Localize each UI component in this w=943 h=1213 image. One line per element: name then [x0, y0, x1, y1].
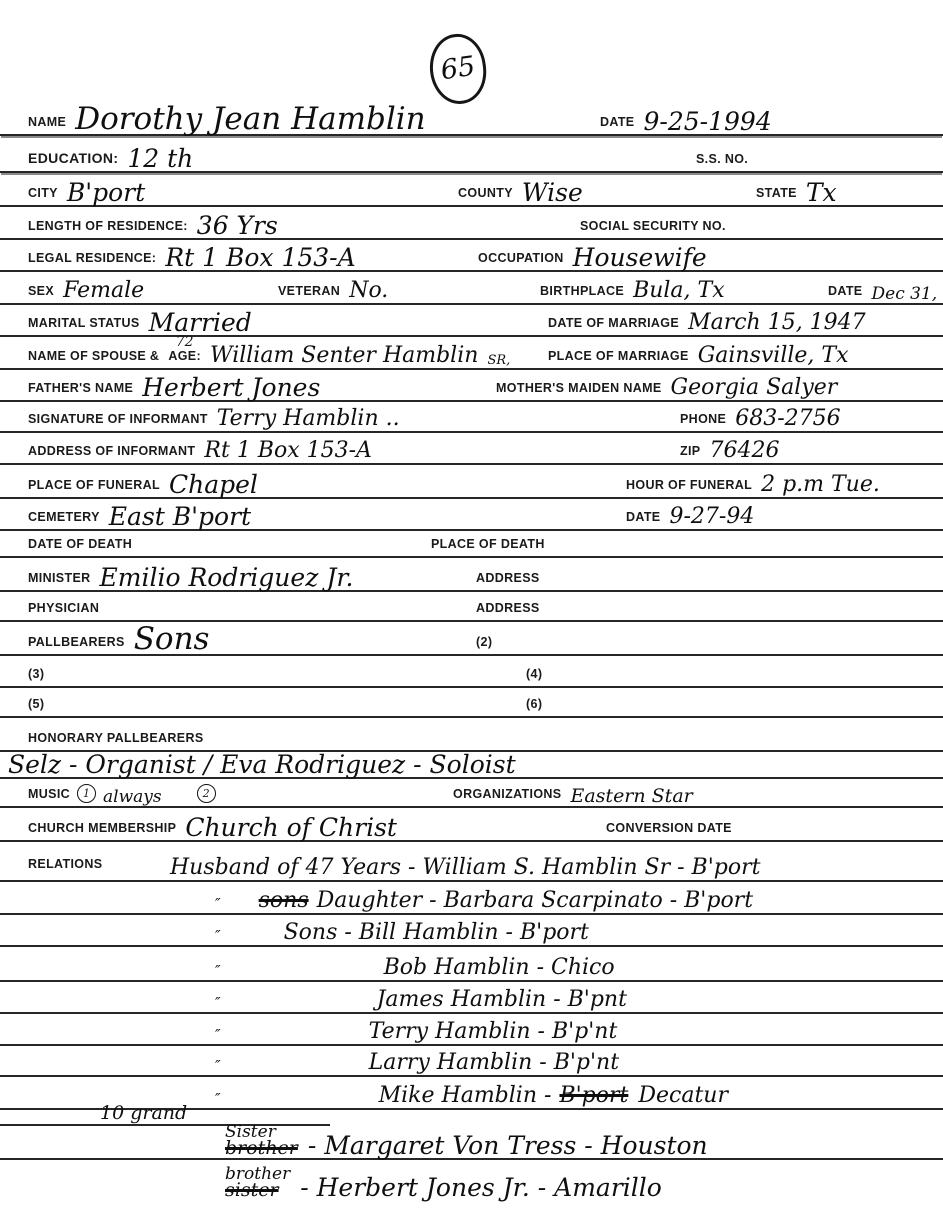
row-honorary-pallbearers: HONORARY PALLBEARERS [0, 718, 943, 752]
physician-label: PHYSICIAN [28, 602, 99, 619]
row-cemetery: CEMETERY East B'port DATE 9-27-94 [0, 499, 943, 531]
pallbearer-4-label: (4) [526, 668, 542, 685]
sibling-text: - Herbert Jones Jr. - Amarillo [300, 1177, 662, 1198]
pallbearers-value: Sons [134, 626, 210, 652]
name-field: NAME Dorothy Jean Hamblin [28, 106, 600, 132]
minister-value: Emilio Rodriguez Jr. [100, 567, 354, 588]
education-field: EDUCATION: 12 th [28, 148, 696, 169]
row-music-note: Selz - Organist / Eva Rodriguez - Solois… [0, 752, 943, 779]
occupation-value: Housewife [573, 247, 707, 268]
struck-word: sons [259, 892, 309, 911]
pallbearer-6-field: (6) [526, 698, 935, 715]
veteran-value: No. [349, 282, 388, 301]
phone-value: 683-2756 [735, 410, 840, 429]
address-of-informant-field: ADDRESS OF INFORMANT Rt 1 Box 153-A [28, 442, 680, 461]
zip-label: ZIP [680, 445, 701, 462]
zip-value: 76426 [710, 442, 780, 461]
pallbearer-4-field: (4) [526, 668, 935, 685]
row-sex-veteran-birth: SEX Female VETERAN No. BIRTHPLACE Bula, … [0, 272, 943, 305]
row-death: DATE OF DEATH PLACE OF DEATH [0, 531, 943, 558]
row-music: MUSIC 1 always 2 ORGANIZATIONS Eastern S… [0, 779, 943, 808]
ditto-mark: ″ [215, 1029, 221, 1042]
honorary-pallbearers-field: HONORARY PALLBEARERS [28, 732, 935, 749]
length-of-residence-value: 36 Yrs [197, 215, 278, 236]
pallbearer-6-label: (6) [526, 698, 542, 715]
pallbearer-3-field: (3) [28, 668, 526, 685]
pallbearer-3-label: (3) [28, 668, 44, 685]
address-of-informant-value: Rt 1 Box 153-A [204, 442, 372, 461]
ditto-mark: ″ [215, 930, 221, 943]
ditto-mark: ″ [215, 965, 221, 978]
legal-residence-label: LEGAL RESIDENCE: [28, 252, 156, 269]
legal-residence-value: Rt 1 Box 153-A [165, 247, 355, 268]
signature-of-informant-field: SIGNATURE OF INFORMANT Terry Hamblin .. [28, 410, 680, 429]
funeral-date-field: DATE 9-27-94 [626, 508, 935, 527]
place-of-marriage-label: PLACE OF MARRIAGE [548, 350, 689, 367]
pallbearer-5-field: (5) [28, 698, 526, 715]
place-of-death-label: PLACE OF DEATH [431, 538, 545, 555]
relation-text: Terry Hamblin - B'p'nt [369, 1023, 618, 1042]
cemetery-value: East B'port [109, 506, 251, 527]
music-item1-text: always [103, 790, 162, 804]
correction-struck: sister [225, 1182, 279, 1198]
relation-text: Daughter - Barbara Scarpinato - B'port [317, 892, 753, 911]
zip-field: ZIP 76426 [680, 442, 935, 461]
signature-of-informant-value: Terry Hamblin .. [217, 410, 400, 429]
sex-field: SEX Female [28, 282, 278, 301]
row-grand-note: 10 grand [0, 1110, 943, 1128]
length-of-residence-field: LENGTH OF RESIDENCE: 36 Yrs [28, 215, 580, 236]
relation-text: Larry Hamblin - B'p'nt [369, 1054, 619, 1073]
page-number-text: 65 [439, 55, 476, 82]
date-field: DATE 9-25-1994 [600, 111, 935, 132]
cemetery-field: CEMETERY East B'port [28, 506, 626, 527]
fathers-name-label: FATHER'S NAME [28, 382, 133, 399]
relations-line: ″ James Hamblin - B'pnt [0, 982, 943, 1014]
row-name-date: NAME Dorothy Jean Hamblin DATE 9-25-1994 [0, 100, 943, 136]
pallbearer-2-field: (2) [476, 636, 935, 653]
pallbearer-2-label: (2) [476, 636, 492, 653]
relation-text: Bob Hamblin - Chico [384, 959, 615, 978]
row-education: EDUCATION: 12 th S.S. NO. [0, 136, 943, 173]
occupation-label: OCCUPATION [478, 252, 564, 269]
sibling-correction: brother sister [225, 1167, 290, 1198]
state-label: STATE [756, 187, 797, 204]
county-label: COUNTY [458, 187, 513, 204]
row-pallbearers-5-6: (5) (6) [0, 688, 943, 718]
row-physician: PHYSICIAN ADDRESS [0, 592, 943, 622]
relation-text: James Hamblin - B'pnt [377, 991, 627, 1010]
signature-of-informant-label: SIGNATURE OF INFORMANT [28, 413, 208, 430]
hour-of-funeral-field: HOUR OF FUNERAL 2 p.m Tue. [626, 476, 935, 495]
phone-field: PHONE 683-2756 [680, 410, 935, 429]
scanned-funeral-record-form: 65 NAME Dorothy Jean Hamblin DATE 9-25-1… [0, 0, 943, 1213]
relations-line: ″ Larry Hamblin - B'p'nt [0, 1046, 943, 1077]
pallbearers-label: PALLBEARERS [28, 636, 125, 653]
ssn-field: S.S. NO. [696, 153, 935, 170]
music-item1-circle: 1 [77, 784, 96, 803]
date-label: DATE [600, 116, 635, 133]
row-pallbearers: PALLBEARERS Sons (2) [0, 622, 943, 656]
education-value: 12 th [127, 148, 193, 169]
correction-struck: brother [225, 1140, 298, 1156]
spouse-age-note: 72 [176, 336, 194, 349]
hour-of-funeral-label: HOUR OF FUNERAL [626, 479, 752, 496]
fathers-name-field: FATHER'S NAME Herbert Jones [28, 377, 496, 398]
birthplace-label: BIRTHPLACE [540, 285, 624, 302]
spouse-value: William Senter Hamblin [210, 347, 478, 366]
place-of-death-field: PLACE OF DEATH [431, 538, 935, 555]
ditto-mark: ″ [215, 997, 221, 1010]
place-of-marriage-value: Gainsville, Tx [698, 347, 849, 366]
music-note-line: Selz - Organist / Eva Rodriguez - Solois… [8, 754, 516, 775]
row-minister: MINISTER Emilio Rodriguez Jr. ADDRESS [0, 558, 943, 592]
date-of-marriage-field: DATE OF MARRIAGE March 15, 1947 [548, 314, 935, 333]
date-of-death-label: DATE OF DEATH [28, 538, 132, 555]
minister-address-label: ADDRESS [476, 572, 540, 589]
conversion-date-label: CONVERSION DATE [606, 822, 732, 839]
spouse-label-pre: NAME OF SPOUSE & [28, 350, 159, 367]
place-of-funeral-label: PLACE OF FUNERAL [28, 479, 160, 496]
address-of-informant-label: ADDRESS OF INFORMANT [28, 445, 195, 462]
spouse-age-stack: 72 AGE: [168, 336, 201, 366]
pallbearer-5-label: (5) [28, 698, 44, 715]
organizations-field: ORGANIZATIONS Eastern Star [453, 788, 935, 805]
relations-label: RELATIONS [28, 858, 102, 875]
birth-date-field: DATE Dec 31, 1929 [828, 285, 935, 302]
social-security-field: SOCIAL SECURITY NO. [580, 220, 935, 237]
legal-residence-field: LEGAL RESIDENCE: Rt 1 Box 153-A [28, 247, 478, 268]
relation-text: Sons - Bill Hamblin - B'port [284, 924, 589, 943]
row-parents: FATHER'S NAME Herbert Jones MOTHER'S MAI… [0, 370, 943, 402]
city-field: CITY B'port [28, 182, 458, 203]
struck-place: B'port [559, 1087, 628, 1106]
relations-line: RELATIONS Husband of 47 Years - William … [0, 842, 943, 882]
physician-address-label: ADDRESS [476, 602, 540, 619]
row-legal-residence: LEGAL RESIDENCE: Rt 1 Box 153-A OCCUPATI… [0, 240, 943, 272]
relations-line: ″ sons Daughter - Barbara Scarpinato - B… [0, 882, 943, 915]
row-marital-status: MARITAL STATUS Married DATE OF MARRIAGE … [0, 305, 943, 337]
grand-note-underline: 10 grand [0, 1105, 330, 1126]
city-value: B'port [67, 182, 145, 203]
music-label: MUSIC [28, 788, 70, 805]
music-field: MUSIC 1 always 2 [28, 784, 453, 804]
spouse-field: NAME OF SPOUSE & 72 AGE: William Senter … [28, 336, 548, 366]
hour-of-funeral-value: 2 p.m Tue. [761, 476, 880, 495]
physician-field: PHYSICIAN [28, 602, 476, 619]
ssn-label: S.S. NO. [696, 153, 748, 170]
minister-label: MINISTER [28, 572, 91, 589]
date-value: 9-25-1994 [644, 111, 772, 132]
occupation-field: OCCUPATION Housewife [478, 247, 935, 268]
place-of-funeral-value: Chapel [169, 474, 258, 495]
state-field: STATE Tx [756, 182, 935, 203]
row-informant-signature: SIGNATURE OF INFORMANT Terry Hamblin .. … [0, 402, 943, 433]
church-membership-field: CHURCH MEMBERSHIP Church of Christ [28, 817, 606, 838]
place-of-marriage-field: PLACE OF MARRIAGE Gainsville, Tx [548, 347, 935, 366]
veteran-field: VETERAN No. [278, 282, 540, 301]
physician-address-field: ADDRESS [476, 602, 935, 619]
relation-text-after: Decatur [638, 1087, 728, 1106]
form-header: 65 [0, 0, 943, 100]
phone-label: PHONE [680, 413, 726, 430]
birthplace-field: BIRTHPLACE Bula, Tx [540, 282, 828, 301]
church-membership-label: CHURCH MEMBERSHIP [28, 822, 176, 839]
sex-value: Female [63, 282, 144, 301]
name-value: Dorothy Jean Hamblin [75, 106, 425, 132]
row-informant-address: ADDRESS OF INFORMANT Rt 1 Box 153-A ZIP … [0, 433, 943, 465]
marital-status-value: Married [149, 312, 252, 333]
marital-status-label: MARITAL STATUS [28, 317, 140, 334]
spouse-suffix-note: SR, [487, 355, 510, 366]
relation-text: Mike Hamblin - [379, 1087, 552, 1106]
date-of-marriage-value: March 15, 1947 [688, 314, 866, 333]
grand-note-text: 10 grand [100, 1102, 187, 1124]
birth-date-label: DATE [828, 285, 863, 302]
date-of-death-field: DATE OF DEATH [28, 538, 431, 555]
relations-line: ″ Sons - Bill Hamblin - B'port [0, 915, 943, 947]
music-item2-circle: 2 [197, 784, 216, 803]
social-security-label: SOCIAL SECURITY NO. [580, 220, 726, 237]
relations-line: ″ Terry Hamblin - B'p'nt [0, 1014, 943, 1046]
relation-text: Husband of 47 Years - William S. Hamblin… [170, 859, 760, 878]
funeral-date-value: 9-27-94 [670, 508, 755, 527]
education-label: EDUCATION: [28, 151, 118, 169]
mothers-maiden-name-value: Georgia Salyer [671, 379, 838, 398]
spouse-age-label: AGE: [168, 350, 201, 367]
row-pallbearers-3-4: (3) (4) [0, 656, 943, 688]
birthplace-value: Bula, Tx [633, 282, 725, 301]
pallbearers-field: PALLBEARERS Sons [28, 626, 476, 652]
fathers-name-value: Herbert Jones [142, 377, 320, 398]
row-residence-length: LENGTH OF RESIDENCE: 36 Yrs SOCIAL SECUR… [0, 207, 943, 240]
place-of-funeral-field: PLACE OF FUNERAL Chapel [28, 474, 626, 495]
row-sibling-sister: Sister brother - Margaret Von Tress - Ho… [0, 1128, 943, 1160]
date-of-marriage-label: DATE OF MARRIAGE [548, 317, 679, 334]
ditto-mark: ″ [215, 1060, 221, 1073]
mothers-maiden-name-label: MOTHER'S MAIDEN NAME [496, 382, 662, 399]
state-value: Tx [806, 182, 837, 203]
minister-address-field: ADDRESS [476, 572, 935, 589]
sibling-text: - Margaret Von Tress - Houston [308, 1135, 708, 1156]
marital-status-field: MARITAL STATUS Married [28, 312, 548, 333]
birth-date-value: Dec 31, 1929 [872, 287, 943, 301]
county-field: COUNTY Wise [458, 182, 756, 203]
veteran-label: VETERAN [278, 285, 340, 302]
relations-line: ″ Bob Hamblin - Chico [0, 947, 943, 982]
organizations-value: Eastern Star [570, 788, 692, 804]
mothers-maiden-name-field: MOTHER'S MAIDEN NAME Georgia Salyer [496, 379, 935, 398]
sibling-correction: Sister brother [225, 1125, 298, 1156]
organizations-label: ORGANIZATIONS [453, 788, 561, 805]
funeral-date-label: DATE [626, 511, 661, 528]
county-value: Wise [522, 182, 583, 203]
conversion-date-field: CONVERSION DATE [606, 822, 935, 839]
row-place-of-funeral: PLACE OF FUNERAL Chapel HOUR OF FUNERAL … [0, 465, 943, 499]
row-spouse: NAME OF SPOUSE & 72 AGE: William Senter … [0, 337, 943, 370]
church-membership-value: Church of Christ [185, 817, 397, 838]
row-city-county-state: CITY B'port COUNTY Wise STATE Tx [0, 173, 943, 207]
city-label: CITY [28, 187, 58, 204]
circled-page-number: 65 [425, 30, 490, 107]
row-sibling-brother: brother sister - Herbert Jones Jr. - Ama… [0, 1160, 943, 1200]
length-of-residence-label: LENGTH OF RESIDENCE: [28, 220, 188, 237]
row-church-membership: CHURCH MEMBERSHIP Church of Christ CONVE… [0, 808, 943, 842]
name-label: NAME [28, 116, 66, 133]
cemetery-label: CEMETERY [28, 511, 100, 528]
minister-field: MINISTER Emilio Rodriguez Jr. [28, 567, 476, 588]
honorary-pallbearers-label: HONORARY PALLBEARERS [28, 732, 204, 749]
sex-label: SEX [28, 285, 54, 302]
ditto-mark: ″ [215, 898, 221, 911]
